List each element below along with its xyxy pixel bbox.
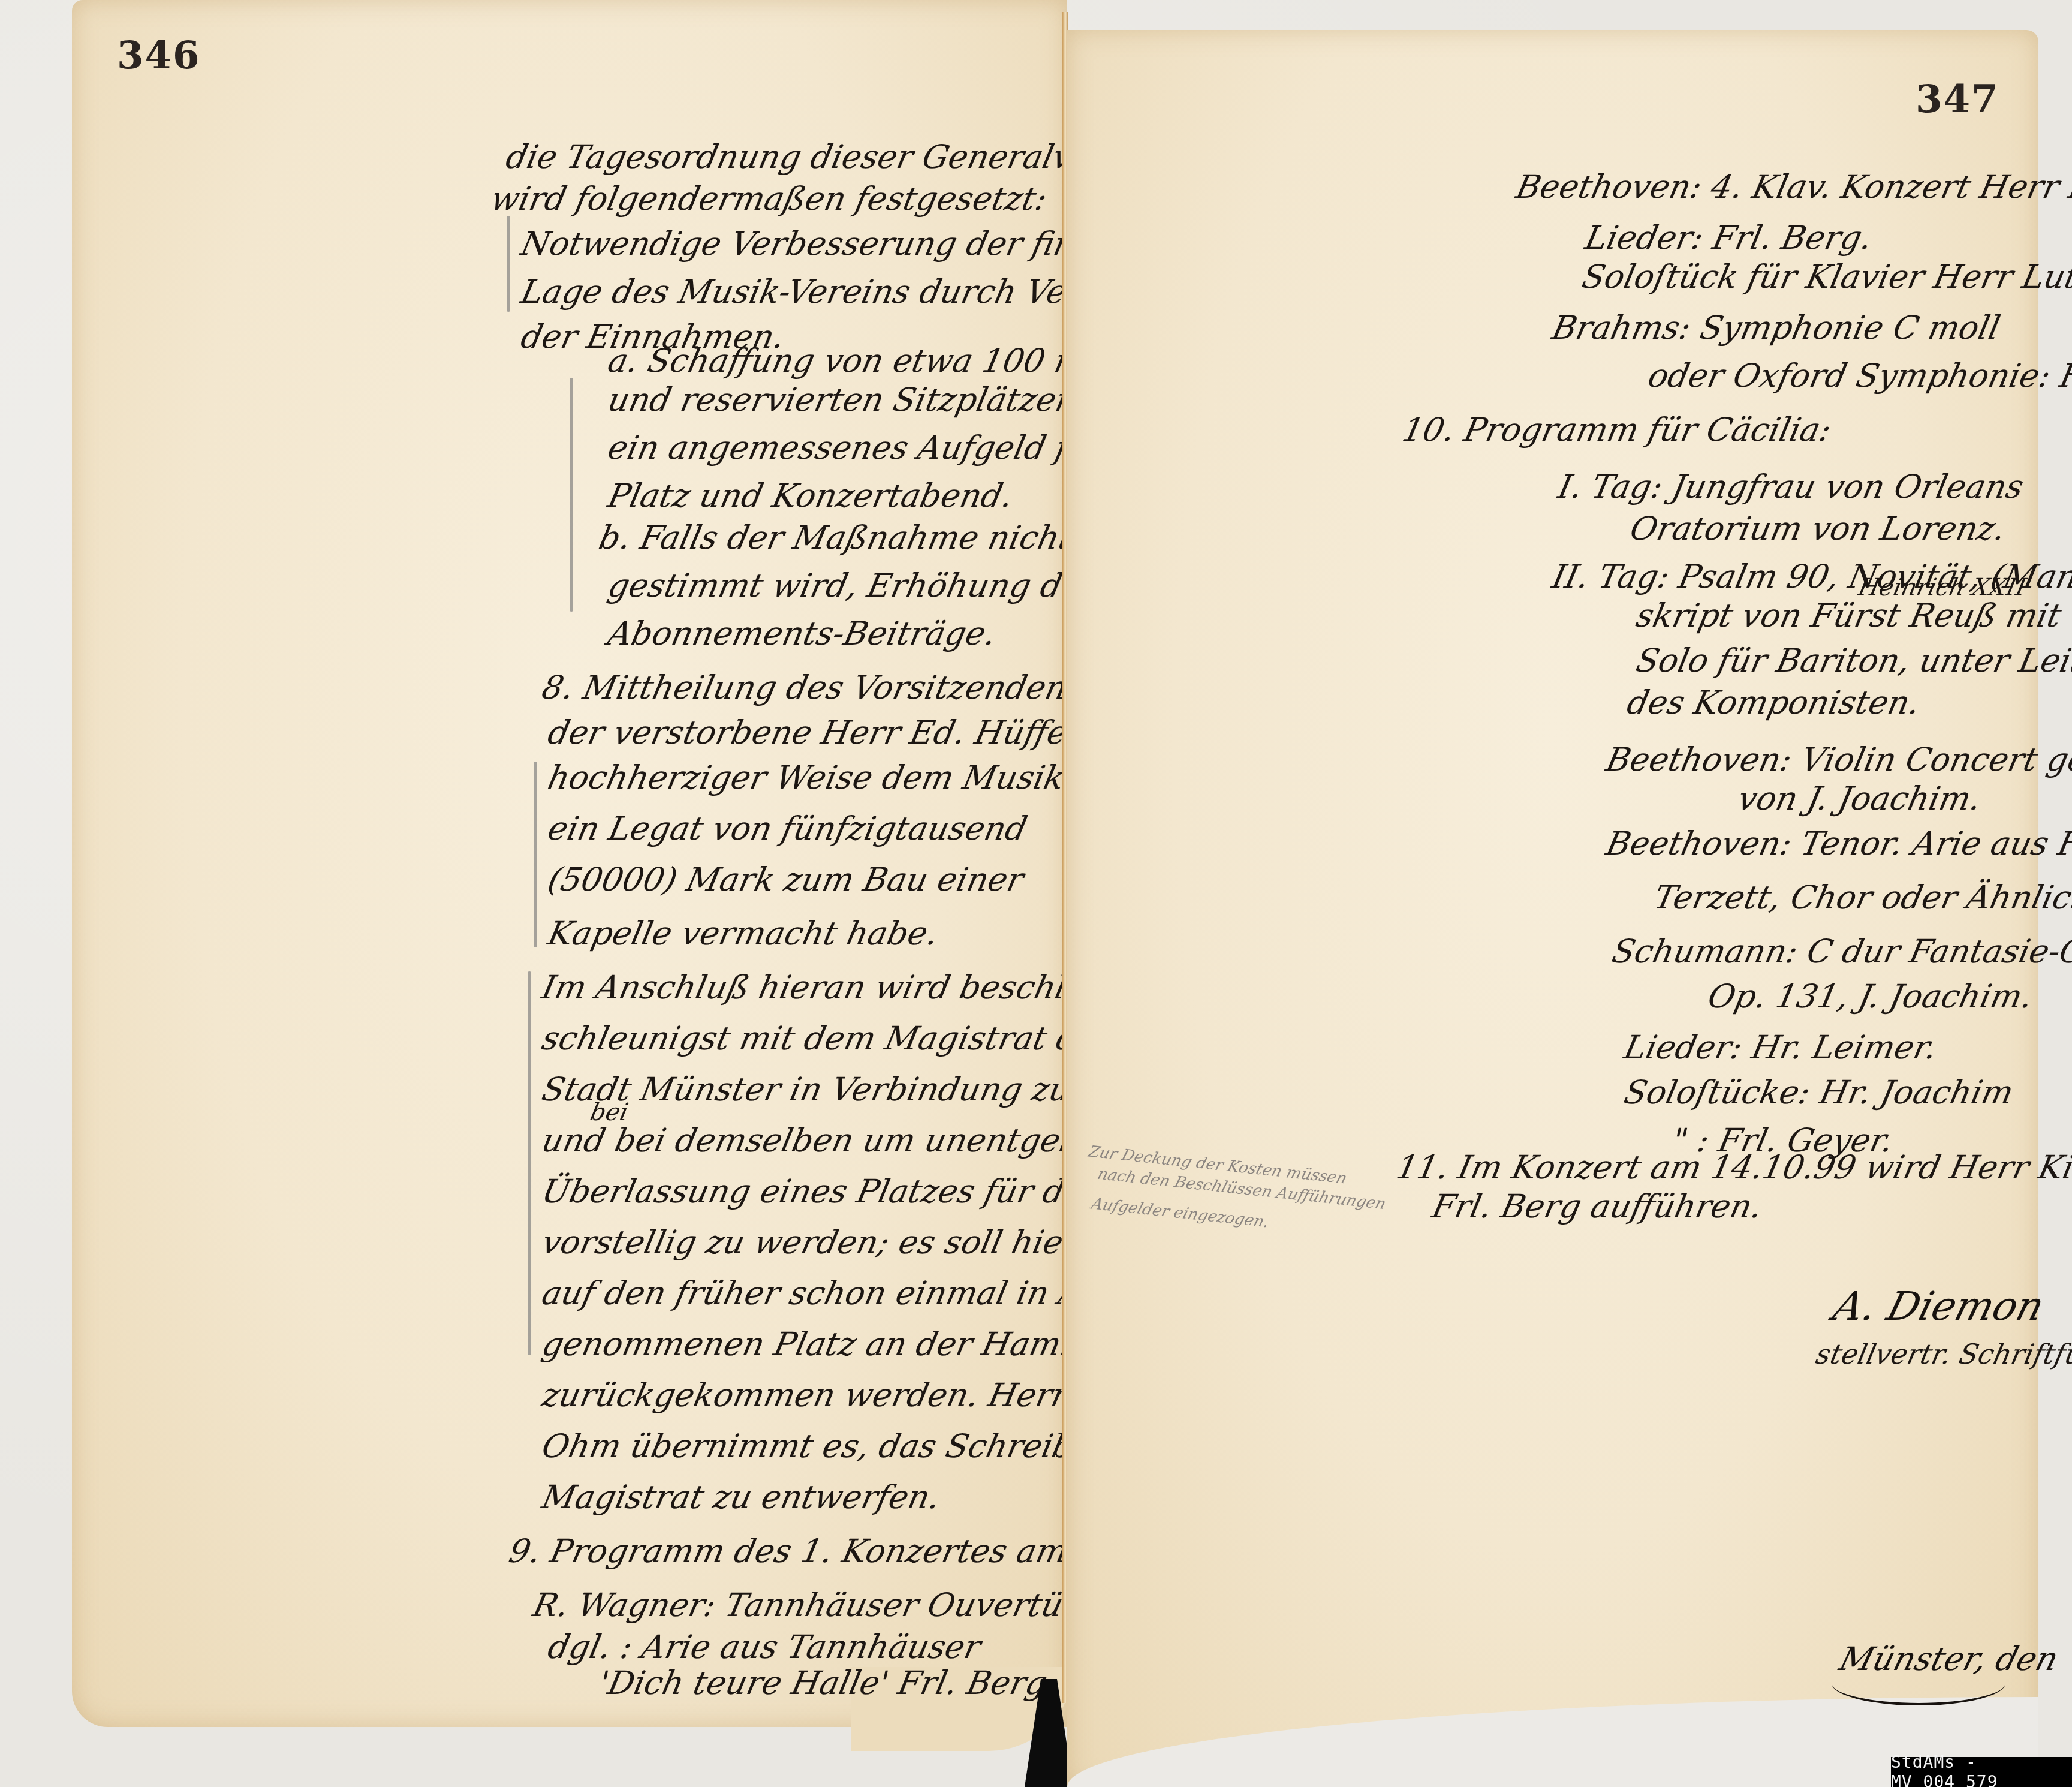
handwritten-line: ein angemessenes Aufgeld für <box>605 432 1107 464</box>
handwritten-line: Brahms: Symphonie C moll <box>1549 312 2003 344</box>
handwritten-line: 'Dich teure Halle' Frl. Berg, <box>596 1667 1060 1699</box>
handwritten-line: 11. Im Konzert am 14.10.99 wird Herr Kie… <box>1393 1151 2072 1184</box>
handwritten-line: dgl. : Arie aus Tannhäuser <box>545 1631 983 1663</box>
pencil-margin-mark <box>570 378 573 612</box>
pencil-margin-mark <box>534 762 537 947</box>
handwritten-line: Solo für Bariton, unter Leitung <box>1633 645 2072 677</box>
handwritten-line: R. Wagner: Tannhäuser Ouvertüre. <box>530 1589 1111 1621</box>
handwritten-line: Soloſtücke: Hr. Joachim <box>1621 1076 2016 1109</box>
handwritten-line: Beethoven: Tenor. Arie aus Fidelio. <box>1603 828 2072 860</box>
handwritten-line: Beethoven: 4. Klav. Konzert Herr Lutter. <box>1513 171 2072 203</box>
handwritten-line: Oratorium von Lorenz. <box>1627 513 2008 545</box>
inserted-word: bei <box>588 1100 631 1124</box>
handwritten-line: Lieder: Hr. Leimer. <box>1621 1031 1940 1064</box>
handwritten-line: 8. Mittheilung des Vorsitzenden, daß <box>539 672 1152 704</box>
handwritten-line: (50000) Mark zum Bau einer <box>545 864 1026 896</box>
signature-diemon: A. Diemon <box>1829 1283 2049 1329</box>
handwritten-line: b. Falls der Maßnahme nicht zu- <box>596 522 1134 554</box>
handwritten-line: oder Oxford Symphonie: Haydn. <box>1645 360 2072 392</box>
handwritten-line: Magistrat zu entwerfen. <box>539 1481 943 1514</box>
handwritten-line: ein Legat von fünfzigtausend <box>545 813 1030 845</box>
handwritten-line: Soloſtück für Klavier Herr Lutter <box>1579 261 2072 293</box>
signature-title: stellvertr. Schriftführer. <box>1814 1340 2072 1368</box>
pencil-margin-mark <box>507 216 510 312</box>
handwritten-line: Op. 131, J. Joachim. <box>1705 980 2035 1013</box>
handwritten-line: wird folgendermaßen festgesetzt: <box>488 183 1050 215</box>
handwritten-line: 10. Programm für Cäcilia: <box>1399 414 1834 446</box>
superscript-note: Heinrich XXII <box>1856 576 2028 600</box>
handwritten-line: der verstorbene Herr Ed. Hüffer in <box>545 717 1127 749</box>
page-number-right: 347 <box>1916 77 1999 122</box>
handwritten-line: von J. Joachim. <box>1735 783 1984 815</box>
handwritten-line: Schumann: C dur Fantasie-Orchester <box>1609 935 2072 968</box>
handwritten-line: Lieder: Frl. Berg. <box>1582 222 1875 254</box>
handwritten-line: des Komponisten. <box>1624 687 1923 719</box>
archive-label: StdAMs - MV_004_579 <box>1891 1757 2072 1787</box>
handwritten-line: Platz und Konzertabend. <box>605 480 1016 512</box>
handwritten-line: Kapelle vermacht habe. <box>545 917 941 950</box>
page-number-left: 346 <box>117 33 201 78</box>
handwritten-line: vorstellig zu werden; es soll hierbei <box>539 1226 1132 1259</box>
handwritten-line: Abonnements-Beiträge. <box>605 618 999 650</box>
handwritten-line: Terzett, Chor oder Ähnliches. <box>1651 882 2072 914</box>
handwritten-line: Beethoven: Violin Concert gespielt <box>1603 744 2072 776</box>
handwritten-line: Frl. Berg aufführen. <box>1429 1190 1765 1223</box>
signature-flourish <box>1832 1661 2005 1705</box>
handwritten-line: skript von Fürst Reuß mit <box>1633 600 2064 632</box>
pencil-margin-mark <box>528 971 531 1355</box>
handwritten-line: gestimmt wird, Erhöhung der <box>605 570 1100 602</box>
handwritten-line: schleunigst mit dem Magistrat der <box>539 1022 1116 1055</box>
handwritten-line: I. Tag: Jungfrau von Orleans <box>1555 471 2026 503</box>
